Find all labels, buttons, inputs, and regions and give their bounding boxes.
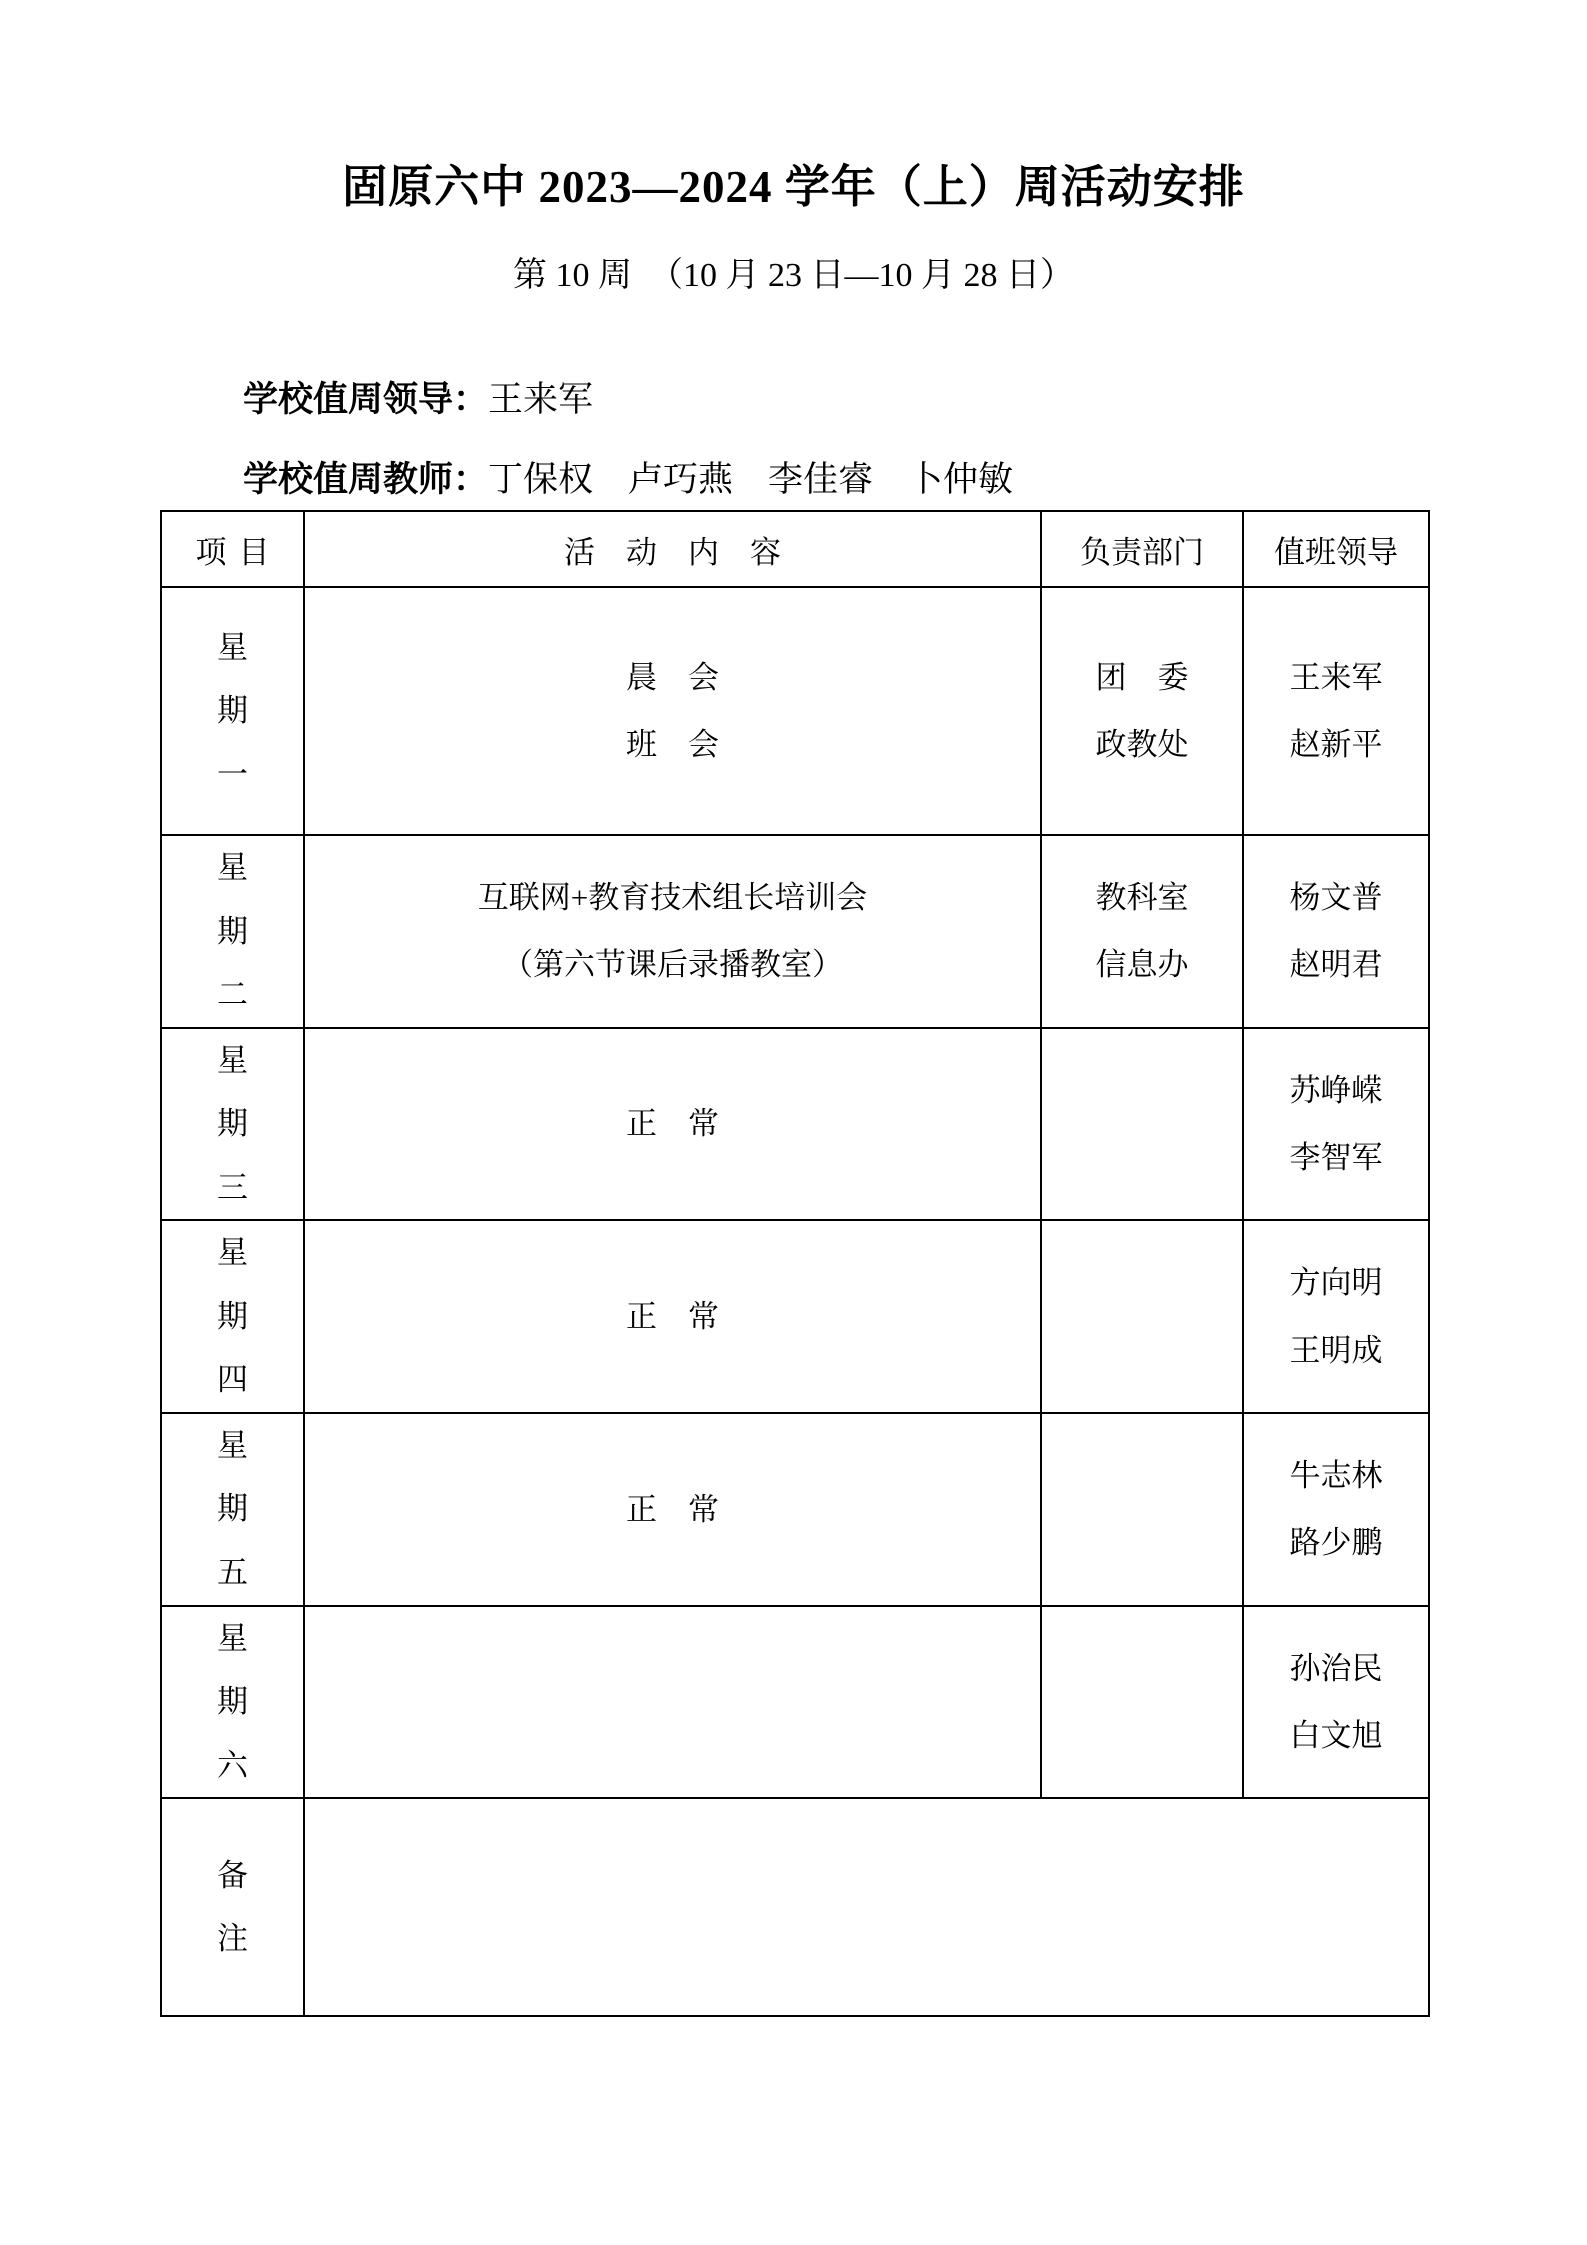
table-row-monday: 星期一 晨 会 班 会 团 委 政教处 王来军 赵新平 (161, 587, 1429, 835)
day-cell: 星期六 (161, 1606, 304, 1799)
dept-cell (1041, 1606, 1243, 1799)
weekly-schedule-table: 项目 活 动 内 容 负责部门 值班领导 星期一 晨 会 班 会 团 委 政教处 (160, 510, 1430, 2017)
duty-teachers-line: 学校值周教师：丁保权 卢巧燕 李佳睿 卜仲敏 (243, 452, 1013, 502)
table-row-remarks: 备注 (161, 1798, 1429, 2016)
leader-cell: 方向明 王明成 (1243, 1220, 1429, 1413)
day-cell: 星期三 (161, 1028, 304, 1221)
table-row-tuesday: 星期二 互联网+教育技术组长培训会 （第六节课后录播教室） 教科室 信息办 杨文… (161, 835, 1429, 1028)
leader-cell: 王来军 赵新平 (1243, 587, 1429, 835)
content-cell: 互联网+教育技术组长培训会 （第六节课后录播教室） (304, 835, 1041, 1028)
table-header-row: 项目 活 动 内 容 负责部门 值班领导 (161, 511, 1429, 587)
header-item: 项目 (161, 511, 304, 587)
leader-cell: 牛志林 路少鹏 (1243, 1413, 1429, 1606)
content-cell: 晨 会 班 会 (304, 587, 1041, 835)
day-cell: 星期四 (161, 1220, 304, 1413)
leader-cell: 孙治民 白文旭 (1243, 1606, 1429, 1799)
table-row-wednesday: 星期三 正 常 苏峥嵘 李智军 (161, 1028, 1429, 1221)
header-activity-content: 活 动 内 容 (304, 511, 1041, 587)
content-cell (304, 1606, 1041, 1799)
day-cell: 星期五 (161, 1413, 304, 1606)
content-cell: 正 常 (304, 1028, 1041, 1221)
dept-cell (1041, 1220, 1243, 1413)
duty-leader-label: 学校值周领导： (243, 380, 488, 419)
header-duty-leader: 值班领导 (1243, 511, 1429, 587)
duty-teachers-label: 学校值周教师： (243, 460, 488, 499)
day-cell: 星期一 (161, 587, 304, 835)
remarks-cell (304, 1798, 1429, 2016)
table-row-thursday: 星期四 正 常 方向明 王明成 (161, 1220, 1429, 1413)
day-cell: 备注 (161, 1798, 304, 2016)
dept-cell (1041, 1413, 1243, 1606)
dept-cell (1041, 1028, 1243, 1221)
document-page: 固原六中 2023—2024 学年（上）周活动安排 第 10 周 （10 月 2… (0, 0, 1587, 2245)
day-cell: 星期二 (161, 835, 304, 1028)
duty-leader-line: 学校值周领导：王来军 (243, 372, 593, 422)
dept-cell: 教科室 信息办 (1041, 835, 1243, 1028)
content-cell: 正 常 (304, 1220, 1041, 1413)
table-row-saturday: 星期六 孙治民 白文旭 (161, 1606, 1429, 1799)
duty-teachers-value: 丁保权 卢巧燕 李佳睿 卜仲敏 (488, 460, 1013, 499)
duty-leader-value: 王来军 (488, 380, 593, 419)
document-title: 固原六中 2023—2024 学年（上）周活动安排 (0, 150, 1587, 215)
dept-cell: 团 委 政教处 (1041, 587, 1243, 835)
table-row-friday: 星期五 正 常 牛志林 路少鹏 (161, 1413, 1429, 1606)
content-cell: 正 常 (304, 1413, 1041, 1606)
leader-cell: 苏峥嵘 李智军 (1243, 1028, 1429, 1221)
leader-cell: 杨文普 赵明君 (1243, 835, 1429, 1028)
document-subtitle: 第 10 周 （10 月 23 日—10 月 28 日） (0, 247, 1587, 296)
header-responsible-dept: 负责部门 (1041, 511, 1243, 587)
